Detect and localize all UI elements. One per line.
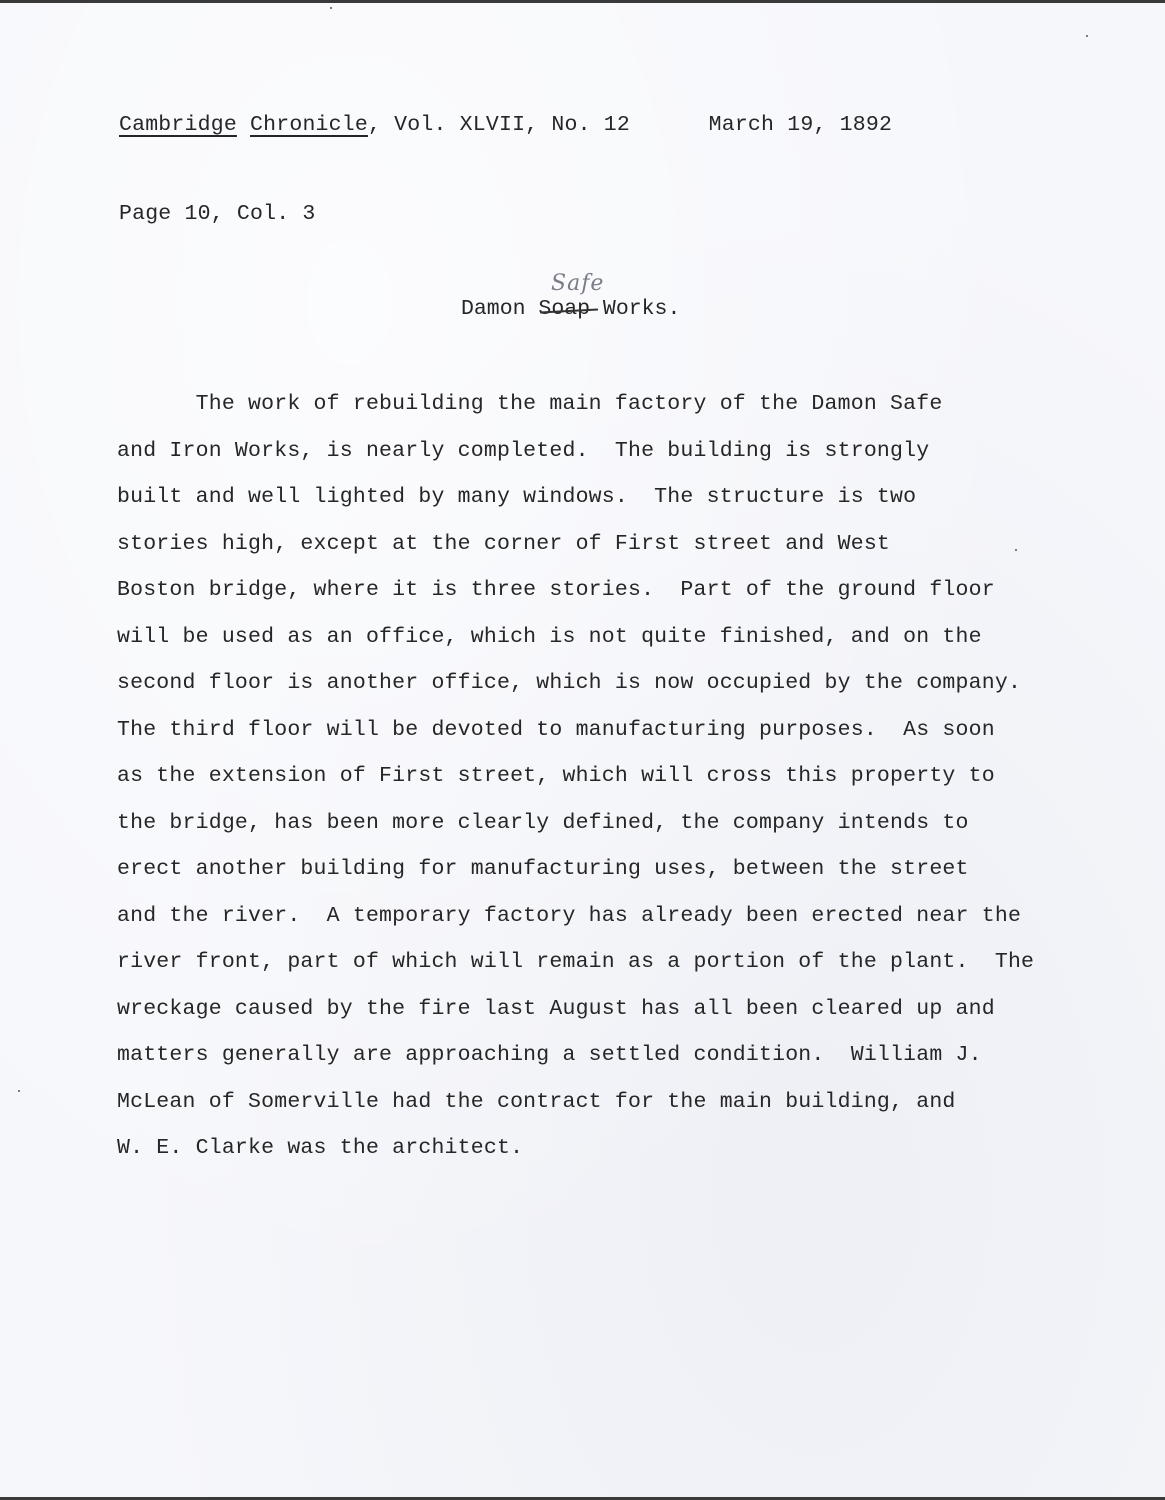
body-line: W. E. Clarke was the architect. xyxy=(117,1137,1034,1184)
handwritten-correction: Safe xyxy=(551,271,604,296)
body-line: river front, part of which will remain a… xyxy=(117,951,1034,998)
paper-speck xyxy=(18,1090,20,1092)
body-line: will be used as an office, which is not … xyxy=(117,626,1034,673)
publication-date: March 19, 1892 xyxy=(709,113,892,137)
body-line: as the extension of First street, which … xyxy=(117,765,1034,812)
body-line: matters generally are approaching a sett… xyxy=(117,1044,1034,1091)
article-title: Damon Soap Works. xyxy=(461,299,680,321)
body-line: The third floor will be devoted to manuf… xyxy=(117,719,1034,766)
publication-name-cambridge: Cambridge xyxy=(119,113,237,137)
body-line: Boston bridge, where it is three stories… xyxy=(117,579,1034,626)
title-prefix: Damon xyxy=(461,297,538,321)
struck-word: Soap xyxy=(538,299,590,321)
paper-speck xyxy=(330,7,332,9)
body-line: built and well lighted by many windows. … xyxy=(117,486,1034,533)
paper-speck xyxy=(1086,35,1088,37)
body-line: erect another building for manufacturing… xyxy=(117,858,1034,905)
citation-header: Cambridge Chronicle, Vol. XLVII, No. 12 … xyxy=(119,115,892,137)
publication-name-chronicle: Chronicle xyxy=(250,113,368,137)
body-line: the bridge, has been more clearly define… xyxy=(117,812,1034,859)
body-line: The work of rebuilding the main factory … xyxy=(117,393,1034,440)
article-body: The work of rebuilding the main factory … xyxy=(117,393,1034,1184)
typewritten-page: Cambridge Chronicle, Vol. XLVII, No. 12 … xyxy=(0,3,1165,1497)
paper-speck xyxy=(1015,549,1017,551)
title-suffix: Works. xyxy=(590,297,680,321)
body-line: stories high, except at the corner of Fi… xyxy=(117,533,1034,580)
body-line: wreckage caused by the fire last August … xyxy=(117,998,1034,1045)
body-line: and Iron Works, is nearly completed. The… xyxy=(117,440,1034,487)
page-reference: Page 10, Col. 3 xyxy=(119,204,316,226)
body-line: second floor is another office, which is… xyxy=(117,672,1034,719)
volume-info: , Vol. XLVII, No. 12 xyxy=(368,113,630,137)
body-line: McLean of Somerville had the contract fo… xyxy=(117,1091,1034,1138)
body-line: and the river. A temporary factory has a… xyxy=(117,905,1034,952)
